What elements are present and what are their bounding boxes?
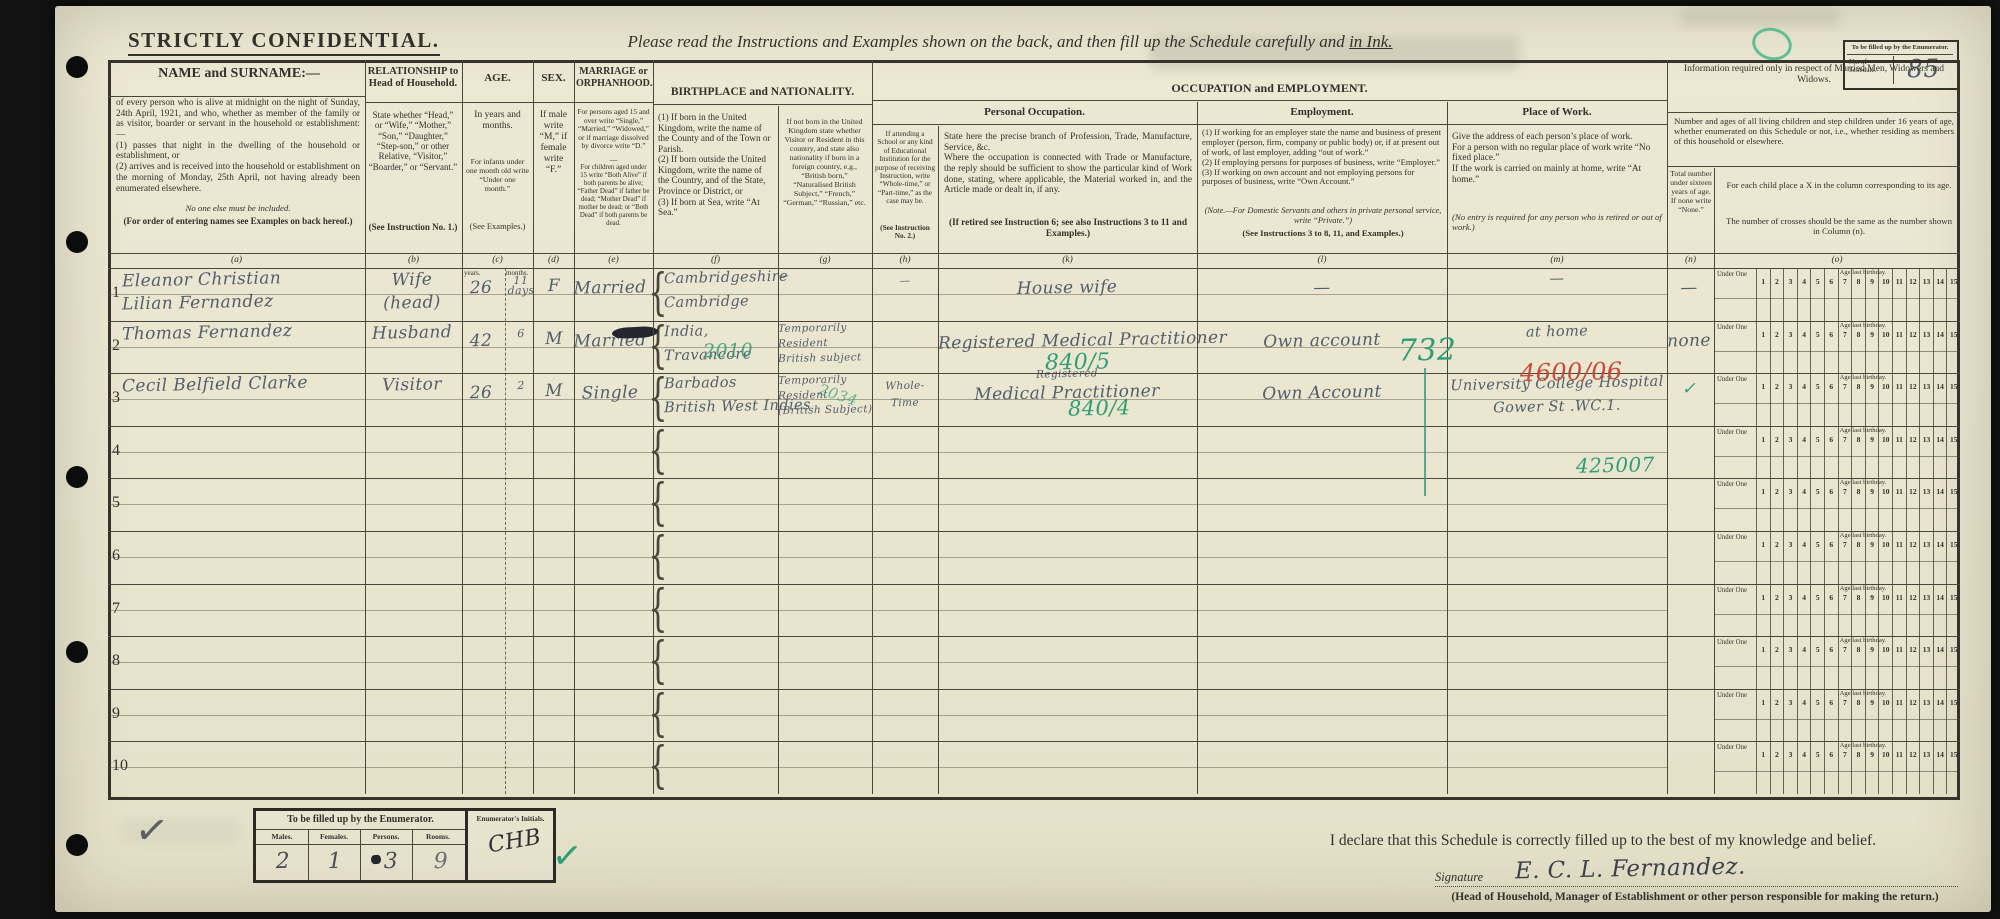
header-rule <box>365 102 462 103</box>
age-col-5: 5 <box>1810 741 1824 794</box>
green-annotation-425007: 425007 <box>1576 454 1655 476</box>
header-rule <box>574 102 653 103</box>
age-col-13: 13 <box>1919 373 1933 426</box>
employment-status: Own Account <box>1198 383 1446 405</box>
child-age-grid: Under OneAge last birthday.1234567891011… <box>1714 531 1960 584</box>
age-col-12: 12 <box>1906 689 1920 742</box>
col-marriage-divider: — <box>577 155 650 164</box>
col-name-note2: (For order of entering names see Example… <box>116 216 360 226</box>
age-col-6: 6 <box>1824 478 1838 531</box>
age-col-6: 6 <box>1824 636 1838 689</box>
col-sex-body: If male write “M,” if female write “F.” <box>536 110 571 176</box>
age-col-1: 1 <box>1756 584 1770 637</box>
header-rule <box>872 100 1667 101</box>
age-col-15: 15 <box>1946 531 1960 584</box>
row-divider <box>108 478 1960 479</box>
marriage-condition: Married <box>568 279 652 298</box>
age-col-14: 14 <box>1933 636 1947 689</box>
col-marriage-body2: For children aged under 15 write “Both A… <box>577 164 650 228</box>
child-age-grid: Under OneAge last birthday.1234567891011… <box>1714 321 1960 374</box>
birthplace-brace: { <box>648 372 667 422</box>
col-employment-body: (1) If working for an employer state the… <box>1202 128 1444 187</box>
age-col-5: 5 <box>1810 531 1824 584</box>
age-col-10: 10 <box>1878 689 1892 742</box>
age-col-1: 1 <box>1756 531 1770 584</box>
column-divider <box>574 60 575 794</box>
age-col-13: 13 <box>1919 531 1933 584</box>
column-divider <box>1447 102 1448 794</box>
col-letter-f: (f) <box>653 255 778 266</box>
age-col-14: 14 <box>1933 741 1947 794</box>
schedule-row: 4{Under OneAge last birthday.12345678910… <box>108 426 1960 479</box>
age-col-15: 15 <box>1946 268 1960 321</box>
age-col-2: 2 <box>1770 584 1784 637</box>
age-col-13: 13 <box>1919 321 1933 374</box>
col-employment-note1: (Note.—For Domestic Servants and others … <box>1202 206 1444 225</box>
age-col-11: 11 <box>1892 478 1906 531</box>
age-col-9: 9 <box>1865 426 1879 479</box>
instruction-ink-underlined: in Ink. <box>1349 32 1392 51</box>
birthplace-brace: { <box>648 583 667 633</box>
writing-guide-line <box>108 715 1667 716</box>
age-col-8: 8 <box>1851 321 1865 374</box>
subcol-personal-occupation-title: Personal Occupation. <box>874 106 1195 119</box>
col-name-title: NAME and SURNAME:— <box>116 66 362 82</box>
age-col-14: 14 <box>1933 584 1947 637</box>
name-line1: Eleanor Christian <box>122 268 364 290</box>
age-col-4: 4 <box>1797 636 1811 689</box>
age-col-7: 7 <box>1838 373 1852 426</box>
header-rule <box>1667 112 1960 113</box>
col-name-body: of every person who is alive at midnight… <box>116 98 360 194</box>
age-col-7: 7 <box>1838 426 1852 479</box>
females-label: Females. <box>308 833 360 842</box>
age-col-6: 6 <box>1824 321 1838 374</box>
relationship-line1: Husband <box>366 324 458 343</box>
school-attendance-line1: — <box>874 275 936 287</box>
header-rule <box>462 102 533 103</box>
signature-label: Signature <box>1435 870 1483 884</box>
column-divider <box>462 60 463 794</box>
header-rule <box>1667 166 1960 167</box>
age-col-13: 13 <box>1919 689 1933 742</box>
age-col-8: 8 <box>1851 373 1865 426</box>
age-col-8: 8 <box>1851 689 1865 742</box>
enumerator-initials-box: Enumerator's Initials. CHB <box>465 808 556 883</box>
age-col-5: 5 <box>1810 478 1824 531</box>
age-col-8: 8 <box>1851 741 1865 794</box>
child-age-grid: Under OneAge last birthday.1234567891011… <box>1714 689 1960 742</box>
age-col-11: 11 <box>1892 268 1906 321</box>
age-col-11: 11 <box>1892 741 1906 794</box>
age-col-4: 4 <box>1797 584 1811 637</box>
age-col-14: 14 <box>1933 268 1947 321</box>
age-col-10: 10 <box>1878 426 1892 479</box>
persons-label: Persons. <box>360 833 412 842</box>
child-age-grid: Under OneAge last birthday.1234567891011… <box>1714 478 1960 531</box>
col-birthplace-body: (1) If born in the United Kingdom, write… <box>658 112 772 218</box>
col-marriage-body1: For persons aged 15 and over write “Sing… <box>577 108 650 151</box>
age-col-15: 15 <box>1946 584 1960 637</box>
row-divider <box>108 636 1960 637</box>
age-col-10: 10 <box>1878 268 1892 321</box>
children-total: — <box>1664 279 1714 297</box>
age-col-13: 13 <box>1919 478 1933 531</box>
age-col-15: 15 <box>1946 321 1960 374</box>
birthplace-brace: { <box>648 267 667 317</box>
age-col-14: 14 <box>1933 689 1947 742</box>
age-col-5: 5 <box>1810 268 1824 321</box>
column-divider <box>365 60 366 794</box>
age-col-13: 13 <box>1919 268 1933 321</box>
col-place-body: Give the address of each person’s place … <box>1452 132 1662 185</box>
age-col-9: 9 <box>1865 268 1879 321</box>
schedule-row: 2Thomas FernandezHusband426MMarriedIndia… <box>108 321 1960 374</box>
col-relationship-title: RELATIONSHIP to Head of Household. <box>367 66 459 90</box>
age-col-13: 13 <box>1919 426 1933 479</box>
age-col-7: 7 <box>1838 531 1852 584</box>
col-employment-note2: (See Instructions 3 to 8, 11, and Exampl… <box>1202 228 1444 238</box>
birthplace-line2: Cambridge <box>664 294 782 311</box>
age-col-2: 2 <box>1770 741 1784 794</box>
age-col-12: 12 <box>1906 268 1920 321</box>
child-age-grid: Under OneAge last birthday.1234567891011… <box>1714 741 1960 794</box>
age-col-4: 4 <box>1797 741 1811 794</box>
age-col-14: 14 <box>1933 531 1947 584</box>
group-occupation-title: OCCUPATION and EMPLOYMENT. <box>874 82 1665 96</box>
age-col-5: 5 <box>1810 689 1824 742</box>
personal-occupation: House wife <box>938 277 1196 299</box>
age-col-11: 11 <box>1892 426 1906 479</box>
age-col-12: 12 <box>1906 531 1920 584</box>
column-divider <box>1714 168 1715 794</box>
age-col-3: 3 <box>1783 321 1797 374</box>
col-letter-l: (l) <box>1197 255 1447 266</box>
age-col-under-one: Under One <box>1717 376 1751 383</box>
header-rule <box>108 268 1960 269</box>
scanned-census-schedule: STRICTLY CONFIDENTIAL. Please read the I… <box>0 0 2000 919</box>
rooms-label: Rooms. <box>412 833 464 842</box>
relationship-line1: Visitor <box>366 376 458 395</box>
age-col-12: 12 <box>1906 741 1920 794</box>
birthplace-brace: { <box>648 688 667 738</box>
column-divider <box>653 60 654 794</box>
age-col-11: 11 <box>1892 636 1906 689</box>
child-age-grid: Under OneAge last birthday.1234567891011… <box>1714 584 1960 637</box>
col-letter-c: (c) <box>462 255 533 266</box>
age-col-1: 1 <box>1756 741 1770 794</box>
age-col-3: 3 <box>1783 584 1797 637</box>
row-divider <box>108 373 1960 374</box>
header-rule <box>1197 124 1447 125</box>
age-col-8: 8 <box>1851 268 1865 321</box>
age-col-15: 15 <box>1946 741 1960 794</box>
birthplace-brace: { <box>648 477 667 527</box>
age-col-6: 6 <box>1824 373 1838 426</box>
age-col-8: 8 <box>1851 636 1865 689</box>
age-col-5: 5 <box>1810 584 1824 637</box>
signature-name: E. C. L. Fernandez. <box>1515 856 1746 884</box>
relationship-line1: Wife <box>366 271 458 290</box>
age-col-13: 13 <box>1919 741 1933 794</box>
age-col-10: 10 <box>1878 321 1892 374</box>
age-col-4: 4 <box>1797 426 1811 479</box>
child-age-grid: Under OneAge last birthday.1234567891011… <box>1714 268 1960 321</box>
schedule-row: 10{Under OneAge last birthday.1234567891… <box>108 741 1960 794</box>
place-of-work-line1: — <box>1448 270 1666 289</box>
age-col-11: 11 <box>1892 321 1906 374</box>
nationality-line3: British subject <box>778 352 874 365</box>
signature-line: Signature E. C. L. Fernandez. <box>1435 856 1958 887</box>
age-col-6: 6 <box>1824 531 1838 584</box>
age-col-3: 3 <box>1783 268 1797 321</box>
age-col-14: 14 <box>1933 373 1947 426</box>
schedule-row: 5{Under OneAge last birthday.12345678910… <box>108 478 1960 531</box>
birthplace-line2: British West Indies <box>664 399 782 416</box>
header-rule <box>1447 124 1667 125</box>
age-col-13: 13 <box>1919 636 1933 689</box>
signature-note: (Head of Household, Manager of Establish… <box>1425 891 1965 904</box>
age-col-3: 3 <box>1783 478 1797 531</box>
age-col-2: 2 <box>1770 531 1784 584</box>
confidential-heading: STRICTLY CONFIDENTIAL. <box>128 28 440 56</box>
age-col-under-one: Under One <box>1717 744 1751 751</box>
enumerator-initials-value: CHB <box>486 827 542 858</box>
age-col-15: 15 <box>1946 636 1960 689</box>
pencil-check-mark: ✓ <box>132 806 172 856</box>
place-of-work-line1: at home <box>1448 322 1666 341</box>
green-oval-mark <box>1749 24 1796 65</box>
nationality-line3: (British Subject) <box>778 404 874 417</box>
col-letter-e: (e) <box>574 255 653 266</box>
age-col-11: 11 <box>1892 584 1906 637</box>
column-divider <box>872 60 873 794</box>
age-col-4: 4 <box>1797 321 1811 374</box>
age-col-9: 9 <box>1865 321 1879 374</box>
age-col-10: 10 <box>1878 741 1892 794</box>
writing-guide-line <box>108 399 1667 400</box>
age-col-3: 3 <box>1783 531 1797 584</box>
age-col-9: 9 <box>1865 584 1879 637</box>
age-col-2: 2 <box>1770 689 1784 742</box>
age-col-15: 15 <box>1946 478 1960 531</box>
age-col-9: 9 <box>1865 689 1879 742</box>
enumerator-initials-label: Enumerator's Initials. <box>468 815 553 823</box>
age-col-2: 2 <box>1770 478 1784 531</box>
group-birthplace-title: BIRTHPLACE and NATIONALITY. <box>655 86 870 99</box>
age-col-6: 6 <box>1824 741 1838 794</box>
personal-occupation: Registered Medical Practitioner <box>938 330 1196 352</box>
divider <box>308 829 309 880</box>
age-col-3: 3 <box>1783 741 1797 794</box>
child-age-grid: Under OneAge last birthday.1234567891011… <box>1714 373 1960 426</box>
age-col-14: 14 <box>1933 321 1947 374</box>
header-rule <box>653 104 872 105</box>
age-col-5: 5 <box>1810 373 1824 426</box>
age-col-4: 4 <box>1797 268 1811 321</box>
age-col-9: 9 <box>1865 478 1879 531</box>
header-rule <box>533 102 574 103</box>
age-col-7: 7 <box>1838 268 1852 321</box>
age-col-9: 9 <box>1865 373 1879 426</box>
age-col-10: 10 <box>1878 478 1892 531</box>
name-line1: Thomas Fernandez <box>122 321 364 343</box>
instruction-text: Please read the Instructions and Example… <box>627 32 1349 51</box>
males-label: Males. <box>256 833 308 842</box>
right-block-title: Information required only in respect of … <box>1672 64 1956 86</box>
age-col-10: 10 <box>1878 531 1892 584</box>
right-block-body: Number and ages of all living children a… <box>1674 116 1954 146</box>
col-letter-d: (d) <box>533 255 574 266</box>
red-annotation-4600-06: 4600/06 <box>1520 359 1623 385</box>
column-divider <box>1197 102 1198 794</box>
age-col-7: 7 <box>1838 584 1852 637</box>
bleed-through-smudge <box>1680 8 1840 26</box>
row-divider <box>108 531 1960 532</box>
age-col-15: 15 <box>1946 689 1960 742</box>
age-col-6: 6 <box>1824 268 1838 321</box>
col-children-crosses-body1: For each child place a X in the column c… <box>1726 180 1952 190</box>
col-nationality-body: If not born in the United Kingdom state … <box>781 118 868 208</box>
col-occupation-note: (If retired see Instruction 6; see also … <box>944 218 1192 239</box>
age-col-under-one: Under One <box>1717 324 1751 331</box>
row-divider <box>108 321 1960 322</box>
col-letter-k: (k) <box>938 255 1197 266</box>
enumerator-totals-box: To be filled up by the Enumerator. Males… <box>253 808 468 883</box>
age-col-6: 6 <box>1824 426 1838 479</box>
schedule-row: 7{Under OneAge last birthday.12345678910… <box>108 584 1960 637</box>
age-col-1: 1 <box>1756 268 1770 321</box>
age-col-10: 10 <box>1878 373 1892 426</box>
schedule-row: 8{Under OneAge last birthday.12345678910… <box>108 636 1960 689</box>
col-children-total-body: Total number under sixteen years of age.… <box>1669 170 1713 215</box>
age-col-12: 12 <box>1906 584 1920 637</box>
column-divider <box>778 106 779 794</box>
employment-status: — <box>1198 277 1446 299</box>
place-of-work-line2: Gower St .WC.1. <box>1448 398 1666 417</box>
divider <box>412 829 413 880</box>
age-col-1: 1 <box>1756 636 1770 689</box>
children-total: none <box>1664 332 1714 350</box>
row-divider <box>108 426 1960 427</box>
age-col-7: 7 <box>1838 478 1852 531</box>
fill-in-ink-instruction: Please read the Instructions and Example… <box>560 32 1460 52</box>
schedule-row: 3Cecil Belfield ClarkeVisitor262MSingleB… <box>108 373 1960 426</box>
age-col-7: 7 <box>1838 741 1852 794</box>
writing-guide-line <box>108 294 1667 295</box>
age-col-9: 9 <box>1865 636 1879 689</box>
col-name-note-italic: No one else must be included. <box>116 203 360 213</box>
green-annotation-840-5: 840/5 <box>1045 351 1111 374</box>
age-col-2: 2 <box>1770 426 1784 479</box>
age-col-under-one: Under One <box>1717 429 1751 436</box>
col-age-body: In years and months. <box>466 110 529 132</box>
schedule-row: 9{Under OneAge last birthday.12345678910… <box>108 689 1960 742</box>
age-col-12: 12 <box>1906 321 1920 374</box>
age-col-9: 9 <box>1865 741 1879 794</box>
females-value: 1 <box>318 851 352 874</box>
age-col-10: 10 <box>1878 636 1892 689</box>
age-col-6: 6 <box>1824 584 1838 637</box>
relationship-line2: (head) <box>366 294 458 313</box>
schedule-row: 6{Under OneAge last birthday.12345678910… <box>108 531 1960 584</box>
age-col-5: 5 <box>1810 426 1824 479</box>
birthplace-brace: { <box>648 530 667 580</box>
marriage-condition: Single <box>568 384 652 403</box>
column-divider <box>938 126 939 794</box>
age-col-12: 12 <box>1906 636 1920 689</box>
age-col-9: 9 <box>1865 531 1879 584</box>
header-rule <box>108 253 1960 254</box>
column-divider <box>1667 60 1668 794</box>
name-line1: Cecil Belfield Clarke <box>122 374 364 396</box>
col-place-note: (No entry is required for any person who… <box>1452 212 1662 232</box>
schedule-row: 1Eleanor ChristianLilian FernandezWife(h… <box>108 268 1960 321</box>
age-col-3: 3 <box>1783 636 1797 689</box>
col-school-body: If attending a School or any kind of Edu… <box>875 130 935 206</box>
age-col-3: 3 <box>1783 689 1797 742</box>
green-annotation-732: 732 <box>1398 335 1457 366</box>
col-school-note: (See Instruction No. 2.) <box>875 224 935 241</box>
col-letter-n: (n) <box>1667 255 1714 266</box>
age-col-8: 8 <box>1851 478 1865 531</box>
green-annotation-line <box>1424 368 1426 496</box>
age-col-14: 14 <box>1933 426 1947 479</box>
age-col-4: 4 <box>1797 689 1811 742</box>
age-col-under-one: Under One <box>1717 534 1751 541</box>
age-col-8: 8 <box>1851 584 1865 637</box>
age-col-1: 1 <box>1756 321 1770 374</box>
age-col-7: 7 <box>1838 321 1852 374</box>
age-col-14: 14 <box>1933 478 1947 531</box>
age-col-2: 2 <box>1770 321 1784 374</box>
writing-guide-line <box>108 504 1667 505</box>
green-check-mark: ✓ <box>550 835 584 879</box>
col-relationship-body: State whether “Head,” or “Wife,” “Mother… <box>368 110 458 172</box>
age-col-4: 4 <box>1797 373 1811 426</box>
declaration-text: I declare that this Schedule is correctl… <box>1250 832 1956 850</box>
age-col-1: 1 <box>1756 689 1770 742</box>
age-col-2: 2 <box>1770 636 1784 689</box>
age-col-8: 8 <box>1851 531 1865 584</box>
col-marriage-title: MARRIAGE or ORPHANHOOD. <box>576 66 651 89</box>
age-col-11: 11 <box>1892 373 1906 426</box>
nationality-line1: — <box>778 269 874 282</box>
age-col-8: 8 <box>1851 426 1865 479</box>
birthplace-brace: { <box>648 425 667 475</box>
col-relationship-note: (See Instruction No. 1.) <box>368 222 458 232</box>
age-col-1: 1 <box>1756 373 1770 426</box>
age-col-5: 5 <box>1810 636 1824 689</box>
form-layer: STRICTLY CONFIDENTIAL. Please read the I… <box>0 0 2000 919</box>
subcol-employment-title: Employment. <box>1199 106 1445 119</box>
birthplace-brace: { <box>648 740 667 790</box>
birthplace-brace: { <box>648 635 667 685</box>
col-letter-g: (g) <box>778 255 872 266</box>
age-col-2: 2 <box>1770 268 1784 321</box>
age-col-1: 1 <box>1756 478 1770 531</box>
age-col-under-one: Under One <box>1717 587 1751 594</box>
row-divider <box>108 689 1960 690</box>
row-divider <box>108 741 1960 742</box>
age-col-under-one: Under One <box>1717 271 1751 278</box>
col-occupation-body: State here the precise branch of Profess… <box>944 132 1192 196</box>
age-col-under-one: Under One <box>1717 481 1751 488</box>
writing-guide-line <box>108 767 1667 768</box>
enumerator-box-title: To be filled up by the Enumerator. <box>256 814 465 830</box>
col-letter-o: (o) <box>1714 255 1960 266</box>
ink-blot <box>371 855 381 865</box>
